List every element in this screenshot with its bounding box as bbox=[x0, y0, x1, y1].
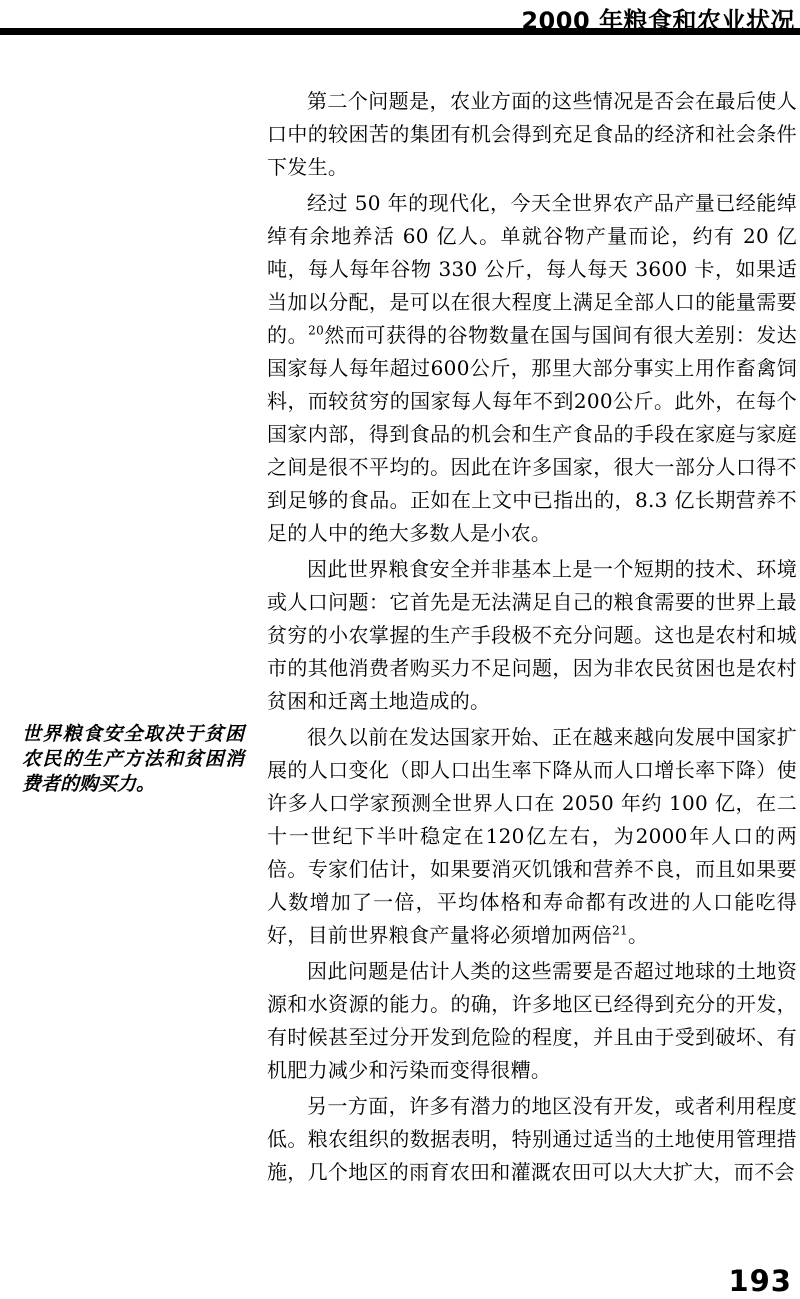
paragraph: 第二个问题是，农业方面的这些情况是否会在最后使人口中的较困苦的集团有机会得到充足… bbox=[267, 85, 797, 184]
book-page: 2000 年粮食和农业状况 世界粮食安全取决于贫困农民的生产方法和贫困消费者的购… bbox=[0, 0, 800, 1299]
paragraph: 另一方面，许多有潜力的地区没有开发，或者利用程度低。粮农组织的数据表明，特别通过… bbox=[267, 1090, 797, 1189]
margin-note: 世界粮食安全取决于贫困农民的生产方法和贫困消费者的购买力。 bbox=[22, 722, 244, 797]
paragraph: 因此世界粮食安全并非基本上是一个短期的技术、环境或人口问题：它首先是无法满足自己… bbox=[267, 553, 797, 718]
body-text-column: 第二个问题是，农业方面的这些情况是否会在最后使人口中的较困苦的集团有机会得到充足… bbox=[267, 85, 797, 1192]
paragraph: 因此问题是估计人类的这些需要是否超过地球的土地资源和水资源的能力。的确，许多地区… bbox=[267, 955, 797, 1087]
paragraph: 很久以前在发达国家开始、正在越来越向发展中国家扩展的人口变化（即人口出生率下降从… bbox=[267, 721, 797, 952]
footnote-reference: 21 bbox=[612, 923, 628, 937]
paragraph: 经过 50 年的现代化，今天全世界农产品产量已经能绰绰有余地养活 60 亿人。单… bbox=[267, 187, 797, 550]
footnote-reference: 20 bbox=[308, 323, 324, 337]
page-number: 193 bbox=[728, 1264, 792, 1298]
margin-note-text: 世界粮食安全取决于贫困农民的生产方法和贫困消费者的购买力。 bbox=[22, 722, 244, 797]
header-rule bbox=[0, 28, 800, 35]
